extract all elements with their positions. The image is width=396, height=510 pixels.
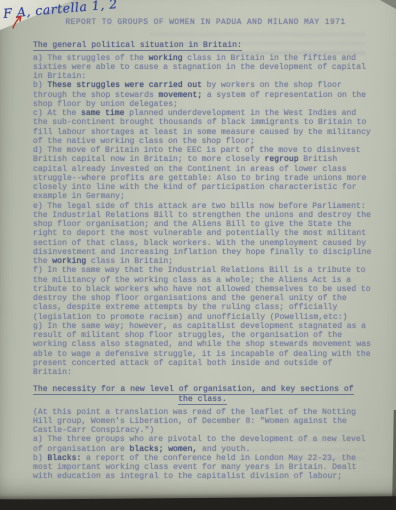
- paragraph: f) In the same way that the Industrial R…: [33, 266, 372, 322]
- paragraph: g) In the same way; however, as capitali…: [33, 322, 372, 378]
- photo-edge-bottom: [0, 496, 396, 510]
- scanned-document-photo: F A, cartella 1, 2 REPORT TO GROUPS OF W…: [0, 0, 396, 510]
- paragraph: a) The three groups who are pivotal to t…: [33, 435, 372, 454]
- paragraph: b) Blacks: a report of the conference he…: [33, 454, 372, 482]
- section-heading-line: The general political situation in Brita…: [33, 41, 372, 51]
- section-heading: The necessity for a new level of organis…: [33, 385, 372, 404]
- photo-edge-right: [392, 410, 396, 500]
- paragraph: (At this point a translation was read of…: [33, 408, 372, 436]
- paragraph: e) The legal side of this attack are two…: [33, 202, 372, 267]
- document-body: The general political situation in Brita…: [33, 41, 372, 482]
- red-pen-mark-icon: [10, 13, 26, 31]
- section: The necessity for a new level of organis…: [33, 385, 372, 481]
- paragraph: c) At the same time planned underdevelop…: [33, 109, 372, 146]
- section-heading-line: the class.: [33, 395, 372, 405]
- paragraph: d) The move of Britain into the EEC is p…: [33, 146, 372, 202]
- section-heading-line: The necessity for a new level of organis…: [33, 385, 372, 395]
- typewritten-page: REPORT TO GROUPS OF WOMEN IN PADUA AND M…: [33, 18, 372, 482]
- paragraph: a) The struggles of the working class in…: [33, 54, 372, 82]
- document-title: REPORT TO GROUPS OF WOMEN IN PADUA AND M…: [39, 18, 372, 28]
- paragraph: b) These struggles were carried out by w…: [33, 81, 372, 109]
- section-heading: The general political situation in Brita…: [33, 41, 372, 51]
- section: The general political situation in Brita…: [33, 41, 372, 377]
